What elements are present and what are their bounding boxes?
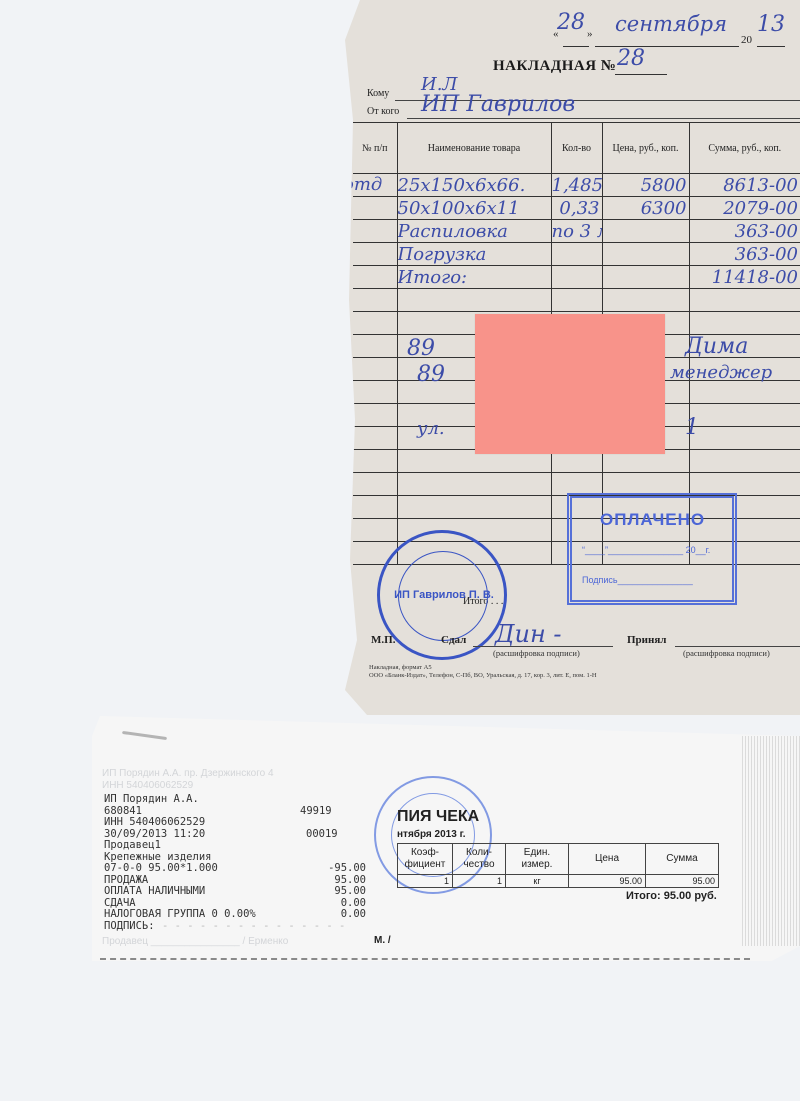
copy-table: Коэф-фициент Коли-чество Един. измер. Це… (397, 843, 719, 888)
signature-label: ПОДПИСЬ: (104, 921, 155, 933)
table-row: 50х100х6х110,3363002079-00 (353, 197, 800, 220)
signature: Дин - (495, 620, 562, 648)
col-sum: Сумма, руб., коп. (689, 123, 800, 174)
invoice-title: НАКЛАДНАЯ № (493, 58, 616, 75)
copy-title: ПИЯ ЧЕКА (397, 808, 479, 826)
from-value: ИП Гаврилов (421, 92, 575, 117)
table-row (353, 289, 800, 312)
tear-line (100, 958, 750, 960)
gave-label: Сдал (441, 634, 466, 646)
receipt-amounts: -95.00 95.00 95.00 0.00 0.00 (316, 863, 366, 921)
invoice-number: 28 (617, 46, 645, 71)
table-row: 25х150х6х66.1,48558008613-00 (353, 174, 800, 197)
invoice-document: « 28 » сентября 20 13 НАКЛАДНАЯ № 28 Ком… (345, 0, 800, 715)
col-number: № п/п (353, 123, 397, 174)
date-day: 28 (557, 10, 585, 35)
paid-stamp: ОПЛАЧЕНО “____”_______________ 20__г. По… (567, 493, 737, 605)
footer-form: Накладная, формат А5 (369, 664, 432, 671)
to-label: Кому (367, 88, 389, 99)
register-number: 49919 (300, 806, 332, 818)
copy-date: нтября 2013 г. (397, 829, 466, 840)
document-number: 00019 (306, 829, 338, 841)
sticky-note (475, 314, 665, 454)
cash-receipt: ИП Порядин А.А. пр. Дзержинского 4 ИНН 5… (92, 716, 800, 966)
mp-label: М.П. (371, 634, 395, 646)
date-year: 13 (757, 12, 785, 37)
col-qty: Кол-во (551, 123, 602, 174)
receipt-lines: ИП Порядин А.А. 680841 ИНН 540406062529 … (104, 794, 256, 921)
received-label: Принял (627, 634, 666, 646)
table-row: Погрузка363-00 (353, 243, 800, 266)
footer-printer: ООО «Бланк-Издат», Телефон, С-Пб, ВО, Ур… (369, 672, 597, 679)
copy-total: Итого: 95.00 руб. (626, 890, 717, 902)
col-price: Цена, руб., коп. (602, 123, 689, 174)
table-row: Распиловкапо 3 м363-00 (353, 220, 800, 243)
staple (122, 731, 167, 740)
seller-initial: М. / (374, 935, 391, 946)
from-label: От кого (367, 106, 399, 117)
date-month: сентября (615, 12, 727, 36)
table-row: Итого:11418-00 (353, 266, 800, 289)
col-name: Наименование товара (397, 123, 551, 174)
